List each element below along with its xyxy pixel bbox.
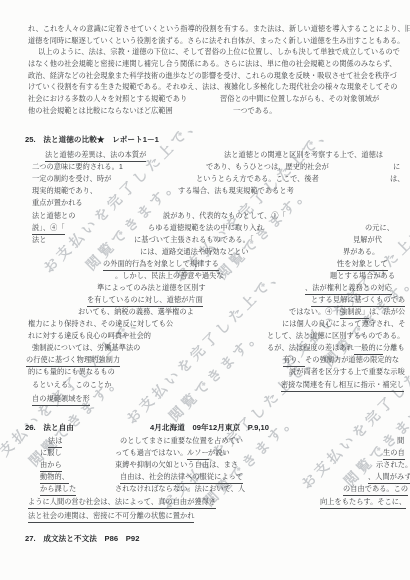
text-line: れに対する違反も良心の呵責や社会的として、法と道徳に区別するものである。 bbox=[0, 331, 410, 342]
text-fragment: 二つの意味に要約される。1 bbox=[32, 162, 123, 172]
text-line: 自の規範領域を形 bbox=[0, 394, 410, 405]
text-line: 二つの意味に要約される。1であり、もうひとつは、歴史的社会がに bbox=[0, 162, 410, 173]
text-fragment: 4月北海道 09年12月東京 P.9,10 bbox=[150, 423, 269, 433]
text-fragment: する場合、法も現実規範であると考 bbox=[178, 186, 294, 196]
text-line: 説」、④「らゆる道徳規範を法の中に取り入れの元に、 bbox=[0, 223, 410, 234]
text-fragment: 性を対象として bbox=[337, 259, 388, 271]
text-line: 的にも量的にも異なるもの説が両者を区分する上で重要な示唆 bbox=[0, 367, 410, 378]
text-line: 準によってのみ法と道徳を区別す、法が権利と義務との対応 bbox=[0, 283, 410, 294]
text-fragment: のとしてまさに重要な位置を占めてい bbox=[120, 436, 243, 446]
text-fragment: 27. 成文法と不文法 P86 P92 bbox=[25, 534, 139, 544]
text-fragment: の外面的行為を対象として規律する bbox=[103, 259, 219, 271]
text-fragment: 法と bbox=[32, 235, 46, 245]
text-line: 法と社会の連関は、密接に不可分離の状態に置かれ bbox=[0, 511, 410, 522]
text-fragment: るといえる。このことか bbox=[32, 380, 112, 390]
text-line: 現実的規範であり、する場合、法も現実規範であると考 bbox=[0, 186, 410, 197]
text-fragment: 社会における多数の人々を対照とする規範であり bbox=[28, 94, 187, 104]
text-line: 。しかし、民法上の善意や過失な題とする場合がある bbox=[0, 271, 410, 282]
text-line: ように人間の営む社会は、法によって、真の自由が獲得さ向上をもたらす。そこに、 bbox=[0, 497, 410, 508]
text-line: はなく他の社会規範と密接に連関し補完し合う関係にある。さらに法は、単に他の社会規… bbox=[0, 59, 410, 70]
text-fragment: 法と道徳との関連と区別を考察する上で、道徳は bbox=[224, 150, 383, 160]
text-line: 法と道徳の差異は、法の本質が法と道徳との関連と区別を考察する上で、道徳は bbox=[0, 150, 410, 161]
text-line: から課したされなければならない。法において、人の自由である。この bbox=[0, 484, 410, 495]
text-line: おいても、納税の義務、選挙権のよではない。④「強制説」は、法が公 bbox=[0, 307, 410, 318]
text-fragment: 説があり、代表的なものとして、①「 bbox=[163, 211, 286, 221]
text-line: 他の社会規範とは比較にならないほど広範囲一つである。 bbox=[0, 106, 410, 117]
text-fragment: 生の自 bbox=[383, 448, 405, 460]
text-fragment: 準によってのみ法と道徳を区別す bbox=[97, 283, 206, 293]
text-line: 法はのとしてまさに重要な位置を占めてい間 bbox=[0, 436, 410, 447]
text-line: の外面的行為を対象として規律する性を対象として bbox=[0, 259, 410, 270]
text-fragment: 強制説については、労働基準法の bbox=[32, 343, 140, 353]
text-fragment: 法と道徳の差異は、法の本質が bbox=[45, 150, 146, 162]
text-fragment: 題とする場合がある bbox=[330, 271, 395, 281]
text-fragment: 一つである。 bbox=[233, 106, 276, 116]
text-fragment: 26. 法と自由 bbox=[25, 423, 74, 433]
text-fragment: 道徳を同時に駆逐していくという役割を演ずる。さらに法それ自体が、まったく新しい道… bbox=[28, 36, 404, 46]
text-line: を有しているのに対し、道徳が片面とする見解に基づくものであ bbox=[0, 295, 410, 306]
text-line: 重点が置かれる bbox=[0, 198, 410, 209]
text-fragment: 示された。 bbox=[376, 460, 410, 470]
text-fragment: 向上をもたらす。そこに、 bbox=[320, 497, 406, 509]
text-fragment: 、法が権利と義務との対応 bbox=[305, 283, 392, 295]
text-fragment: 重点が置かれる bbox=[32, 198, 83, 208]
section-heading-line: 26. 法と自由4月北海道 09年12月東京 P.9,10 bbox=[0, 423, 410, 434]
text-fragment: 法と道徳との bbox=[32, 211, 75, 221]
text-fragment: 25. 法と道徳の比較★ レポート1－1 bbox=[25, 135, 159, 145]
text-fragment: というとらえ方である。ここで、後者 bbox=[196, 174, 319, 184]
document-page: お支払いを完了した上で、閲覧できます。お支払いを完了した上で、閲覧できます。お支… bbox=[0, 0, 410, 580]
text-fragment: 分離も bbox=[383, 343, 405, 353]
text-fragment: 動物的、 bbox=[40, 472, 69, 484]
text-fragment: であり、もうひとつは、歴史的社会が bbox=[206, 162, 329, 172]
text-line: 由から束縛や抑制の欠如という自由は、まさ示された。 bbox=[0, 460, 410, 471]
text-line: 社会における多数の人々を対照とする規範であり習俗との中間に位置しながらも、その対… bbox=[0, 94, 410, 105]
text-line: 法とに基づいて主張されるものである。「見解が代 bbox=[0, 235, 410, 246]
text-line: るといえる。このことか密接な関連を有し相互に指示・補完し bbox=[0, 380, 410, 391]
text-fragment: っても過言ではない。 bbox=[115, 448, 187, 458]
text-fragment: 法と社会の連関は、密接に不可分離の状態に置かれ bbox=[28, 511, 194, 523]
text-fragment: から課した bbox=[40, 484, 76, 496]
text-fragment: に服し bbox=[40, 448, 62, 458]
text-fragment: ように人間の営む社会は、法によって、真の自由が獲得さ bbox=[28, 497, 216, 509]
section-heading-line: 27. 成文法と不文法 P86 P92 bbox=[0, 534, 410, 545]
text-line: 政治、経済などの社会現象また科学技術の進歩などの影響を受け、これらの現象を反映・… bbox=[0, 71, 410, 82]
text-line: には、道路交通法や時効などとい界がある。 bbox=[0, 247, 410, 258]
text-fragment: ルソー bbox=[187, 448, 209, 460]
text-fragment: として、法と道徳に区別するものである。 bbox=[267, 331, 404, 341]
text-fragment: 自由は、社会的法律への服従によって bbox=[120, 472, 243, 484]
text-line: 強制説については、労働基準法のるが、法は程度の差はあれ一般的に分離も bbox=[0, 343, 410, 354]
text-fragment: はなく他の社会規範と密接に連関し補完し合う関係にある。さらに法は、単に他の社会規… bbox=[28, 59, 397, 69]
text-line: に服しっても過言ではない。ルソーが説い生の自 bbox=[0, 448, 410, 459]
text-fragment: されなければならない。法において、人 bbox=[115, 484, 245, 494]
text-fragment: とする見解に基づくものであ bbox=[311, 295, 405, 307]
text-fragment: の行使に基づく物理的強制力 bbox=[26, 355, 120, 367]
text-fragment: れに対する違反も良心の呵責や社会的 bbox=[28, 331, 151, 341]
text-line: けていく役割を有する生きた規範である。それゆえ、法は、複雑化し多極化した現代社会… bbox=[0, 82, 410, 93]
text-fragment: 習俗との中間に位置しながらも、その対象領域が bbox=[220, 94, 379, 104]
text-fragment: 的にも量的にも異なるもの bbox=[28, 367, 115, 377]
text-line: の行使に基づく物理的強制力有り、その強制力が道徳の限定的な bbox=[0, 355, 410, 366]
text-line: 動物的、自由は、社会的法律への服従によって、人間がみず bbox=[0, 472, 410, 483]
text-fragment: 、人間がみず bbox=[368, 472, 410, 484]
text-line: 以上のように、法は、宗教・道徳の下位に、そして習俗の上位に位置し、しかも決して単… bbox=[0, 47, 410, 58]
text-fragment: るが、法は程度の差はあれ bbox=[267, 343, 354, 353]
section-heading-line: 25. 法と道徳の比較★ レポート1－1 bbox=[0, 135, 410, 146]
text-fragment: 説」、④「 bbox=[32, 223, 65, 235]
text-fragment: 有り、 bbox=[283, 355, 305, 367]
text-line: 一定の制約を受け、時がというとらえ方である。ここで、後者は、 bbox=[0, 174, 410, 185]
text-fragment: 現実的規範であり、 bbox=[32, 186, 97, 196]
text-fragment: 一定の制約を受け、時が bbox=[32, 174, 111, 184]
text-line: れ、これを人々の意識に定着させていくという指導的役割を有する。また法は、新しい道… bbox=[0, 24, 410, 35]
text-line: 法と道徳との説があり、代表的なものとして、①「 bbox=[0, 211, 410, 222]
text-fragment: 法は bbox=[48, 436, 62, 448]
text-fragment: 見解が代 bbox=[353, 235, 382, 245]
text-fragment: その強制力が道徳の限定的な bbox=[305, 355, 399, 365]
text-fragment: らゆる道徳規範を法の中に取り入れ bbox=[148, 223, 264, 233]
text-fragment: 密接な関連を有し相互に指示・補完し bbox=[281, 380, 404, 392]
document-text-layer: れ、これを人々の意識に定着させていくという指導的役割を有する。また法は、新しい道… bbox=[0, 0, 410, 580]
text-fragment: 間 bbox=[397, 436, 404, 446]
text-fragment: れ、これを人々の意識に定着させていくという指導的役割を有する。また法は、新しい道… bbox=[28, 24, 410, 34]
text-fragment: 強制説」 bbox=[340, 307, 369, 319]
text-fragment: は、法が公 bbox=[369, 307, 405, 317]
text-fragment: 政治、経済などの社会現象また科学技術の進歩などの影響を受け、これらの現象を反映・… bbox=[28, 71, 397, 81]
text-fragment: おいても、納税の義務、選挙権のよ bbox=[78, 307, 194, 317]
text-fragment: の元に、 bbox=[365, 223, 394, 233]
text-fragment: は、 bbox=[390, 174, 404, 184]
text-fragment: には、道路交通法や時効などとい bbox=[140, 247, 249, 257]
text-fragment: の自由である。この bbox=[343, 484, 408, 496]
text-fragment: 束縛や抑制の欠如という自由は、まさ bbox=[115, 460, 238, 470]
text-line: 権力により保持され、その違反に対しても公には個人の良心によって遵守され、そ bbox=[0, 319, 410, 330]
text-fragment: ではない。④「 bbox=[289, 307, 340, 317]
text-fragment: には個人の良心によって遵守され、そ bbox=[282, 319, 405, 329]
text-fragment: に bbox=[393, 162, 400, 172]
text-fragment: 以上のように、法は、宗教・道徳の下位に、そして習俗の上位に位置し、しかも決して単… bbox=[38, 47, 400, 57]
text-fragment: 由から bbox=[40, 460, 62, 472]
text-fragment: 。しかし、民法上の善意や過失な bbox=[115, 271, 224, 281]
text-line: 道徳を同時に駆逐していくという役割を演ずる。さらに法それ自体が、まったく新しい道… bbox=[0, 36, 410, 47]
text-fragment: 権力により保持され、その違反に対しても公 bbox=[28, 319, 173, 329]
text-fragment: を有しているのに対し、道徳が片面 bbox=[87, 295, 203, 307]
text-fragment: 一般的に bbox=[354, 343, 383, 355]
text-fragment: が説い bbox=[208, 448, 230, 458]
text-fragment: けていく役割を有する生きた規範である。それゆえ、法は、複雑化し多極化した現代社会… bbox=[28, 82, 398, 92]
text-fragment: 説が両者を区分する上で重要な示唆 bbox=[289, 367, 405, 377]
text-fragment: 自の規範領域を形 bbox=[32, 394, 90, 406]
text-fragment: に基づいて主張されるものである。「 bbox=[134, 235, 253, 245]
text-fragment: 界がある。 bbox=[343, 247, 379, 257]
text-fragment: 他の社会規範とは比較にならないほど広範囲 bbox=[28, 106, 173, 116]
